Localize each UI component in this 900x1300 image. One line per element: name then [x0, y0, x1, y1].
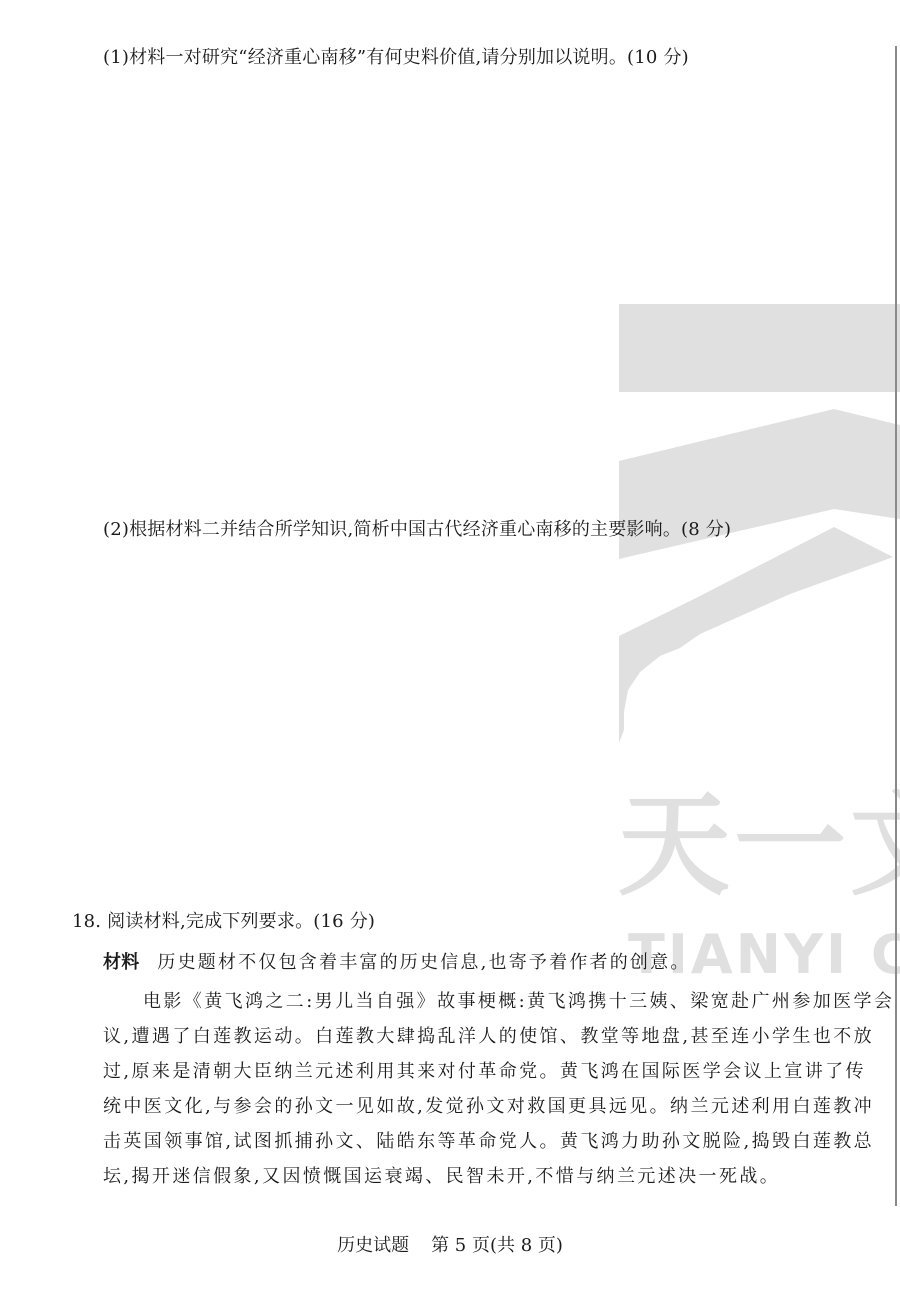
question-18-heading: 18. 阅读材料,完成下列要求。(16 分) [72, 910, 375, 934]
page-footer: 历史试题第 5 页(共 8 页) [0, 1234, 900, 1258]
footer-page-number: 第 5 页(共 8 页) [431, 1235, 563, 1256]
paragraph-line: 击英国领事馆,试图抓捕孙文、陆皓东等革命党人。黄飞鸿力助孙文脱险,捣毁白莲教总 [103, 1128, 863, 1163]
material-intro-text: 历史题材不仅包含着丰富的历史信息,也寄予着作者的创意。 [157, 952, 690, 973]
paragraph-line: 坛,揭开迷信假象,又因愤慨国运衰竭、民智未开,不惜与纳兰元述决一死战。 [103, 1163, 863, 1198]
material-label: 材料 [103, 952, 139, 973]
question-17-part-1: (1)材料一对研究“经济重心南移”有何史料价值,请分别加以说明。(10 分) [103, 46, 689, 70]
margin-rule [895, 46, 897, 1206]
paragraph-line: 议,遭遇了白莲教运动。白莲教大肆捣乱洋人的使馆、教堂等地盘,甚至连小学生也不放 [103, 1023, 863, 1058]
question-17-part-2: (2)根据材料二并结合所学知识,简析中国古代经济重心南移的主要影响。(8 分) [103, 518, 731, 542]
footer-subject: 历史试题 [337, 1235, 409, 1256]
page-content: (1)材料一对研究“经济重心南移”有何史料价值,请分别加以说明。(10 分) (… [0, 0, 900, 1300]
paragraph-line: 过,原来是清朝大臣纳兰元述利用其来对付革命党。黄飞鸿在国际医学会议上宣讲了传 [103, 1058, 863, 1093]
paragraph-line: 统中医文化,与参会的孙文一见如故,发觉孙文对救国更具远见。纳兰元述利用白莲教冲 [103, 1093, 863, 1128]
material-paragraph: 电影《黄飞鸿之二:男儿当自强》故事梗概:黄飞鸿携十三姨、梁宽赴广州参加医学会 议… [103, 988, 863, 1198]
material-intro-line: 材料历史题材不仅包含着丰富的历史信息,也寄予着作者的创意。 [103, 951, 691, 975]
paragraph-line: 电影《黄飞鸿之二:男儿当自强》故事梗概:黄飞鸿携十三姨、梁宽赴广州参加医学会 [103, 988, 863, 1023]
exam-page: 天一文 TIANYI CU (1)材料一对研究“经济重心南移”有何史料价值,请分… [0, 0, 900, 1300]
